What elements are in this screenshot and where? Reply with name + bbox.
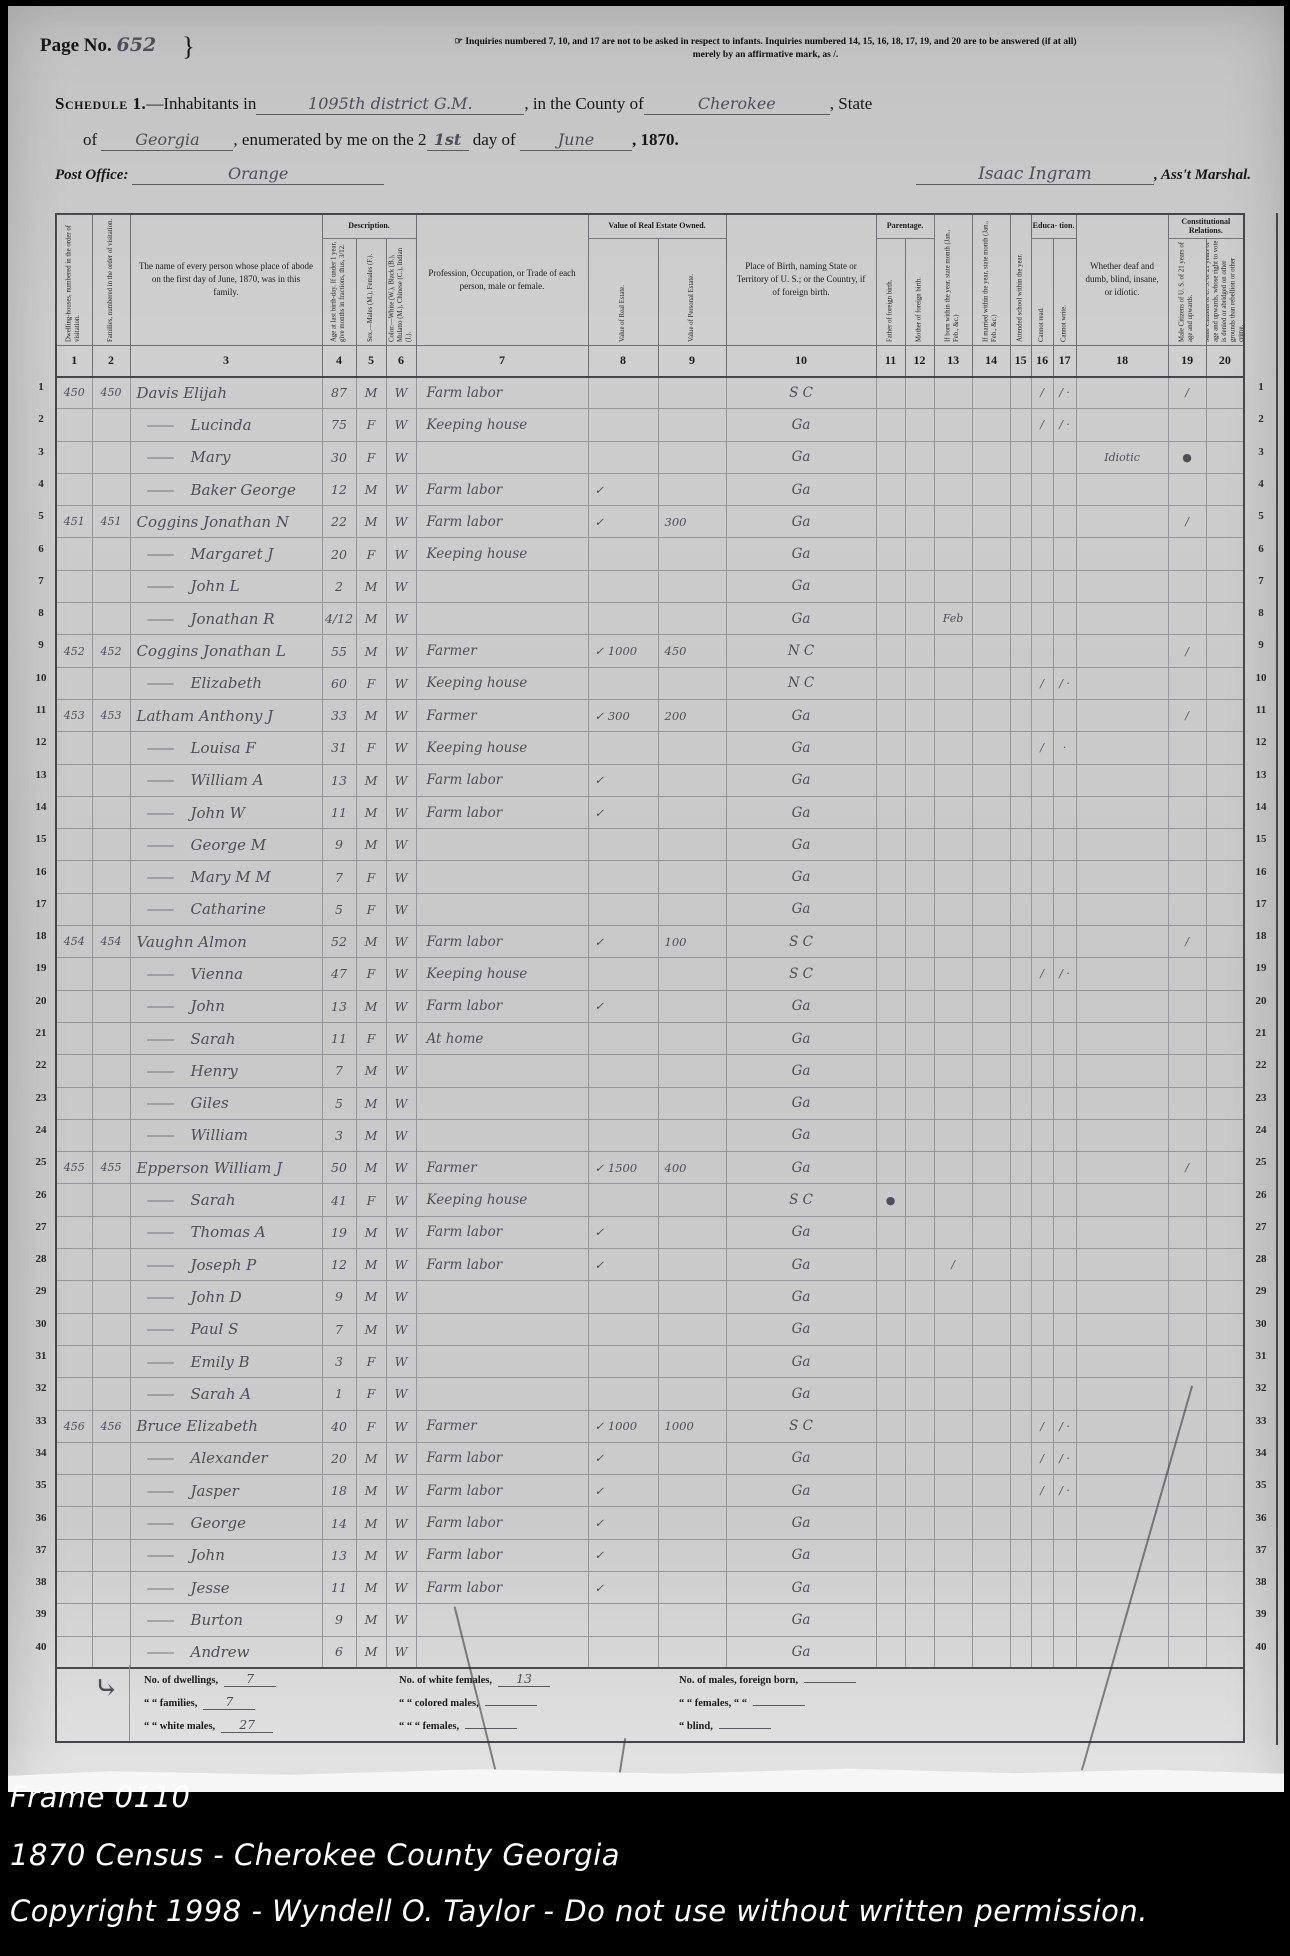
cell-school [1010, 1378, 1031, 1410]
cell-birthplace: Ga [726, 732, 876, 764]
cell-remarks [1076, 1055, 1168, 1087]
cell-vote-denied [1206, 1152, 1244, 1184]
cell-father-foreign [876, 958, 905, 990]
cell-age: 14 [322, 1507, 356, 1539]
table-row: ——Joseph P12MWFarm labor✓Ga/ [56, 1249, 1244, 1281]
cell-color: W [386, 1249, 416, 1281]
cell-cannot-read [1031, 796, 1053, 828]
cell-family-number [92, 1507, 130, 1539]
cell-citizen [1168, 893, 1206, 925]
cell-real-estate [588, 603, 658, 635]
cell-family-number: 454 [92, 926, 130, 958]
cell-real-estate [588, 1022, 658, 1054]
cell-color: W [386, 409, 416, 441]
cell-color: W [386, 1119, 416, 1151]
cell-married-month [972, 990, 1010, 1022]
group-header-constitutional: Constitutional Relations. [1168, 214, 1244, 238]
cell-school [1010, 1475, 1031, 1507]
cell-remarks [1076, 732, 1168, 764]
ditto-dash: —— [137, 545, 191, 563]
cell-real-estate [588, 1281, 658, 1313]
totals-families-label: “ “ families, [144, 1698, 197, 1709]
row-number: 34 [1250, 1447, 1272, 1459]
cell-family-number [92, 893, 130, 925]
cell-sex: F [356, 732, 386, 764]
cell-birthplace: Ga [726, 473, 876, 505]
cell-father-foreign [876, 893, 905, 925]
cell-real-estate [588, 1184, 658, 1216]
row-number: 40 [30, 1641, 52, 1653]
cell-personal-estate [658, 1313, 726, 1345]
cell-sex: M [356, 377, 386, 409]
row-number: 8 [30, 607, 52, 619]
table-row: ——Andrew6MWGa [56, 1636, 1244, 1668]
table-row: 450450Davis Elijah87MWFarm laborS C// ·/ [56, 377, 1244, 409]
cell-school [1010, 1087, 1031, 1119]
cell-father-foreign [876, 1216, 905, 1248]
cell-vote-denied [1206, 764, 1244, 796]
cell-color: W [386, 538, 416, 570]
cell-birth-month [934, 635, 972, 667]
cell-school [1010, 699, 1031, 731]
cell-color: W [386, 893, 416, 925]
cell-sex: M [356, 829, 386, 861]
row-number-gutter-right: 1234567891011121314151617181920212223242… [1250, 373, 1272, 1673]
cell-father-foreign [876, 1087, 905, 1119]
col-header-remarks: Whether deaf and dumb, blind, insane, or… [1076, 214, 1168, 345]
col-header-age: Age at last birth-day. If under 1 year, … [322, 238, 356, 345]
cell-cannot-write [1053, 1249, 1076, 1281]
notice-line1: ☞ Inquiries numbered 7, 10, and 17 are n… [273, 36, 1258, 49]
cell-mother-foreign [905, 1345, 934, 1377]
totals-white-females-value: 13 [498, 1671, 550, 1687]
cell-dwelling-number [56, 1636, 92, 1668]
cell-occupation [416, 1604, 588, 1636]
cell-personal-estate: 100 [658, 926, 726, 958]
cell-cannot-write: / · [1053, 409, 1076, 441]
cell-cannot-write [1053, 926, 1076, 958]
cell-personal-estate [658, 1022, 726, 1054]
ditto-dash: —— [137, 1482, 191, 1500]
year-label: , 1870. [632, 130, 679, 150]
row-number: 25 [1250, 1156, 1272, 1168]
cell-married-month [972, 603, 1010, 635]
ditto-dash: —— [137, 1449, 191, 1467]
table-row: 453453Latham Anthony J33MWFarmer✓ 300200… [56, 699, 1244, 731]
cell-real-estate: ✓ [588, 990, 658, 1022]
row-number: 10 [30, 672, 52, 684]
row-number: 3 [1250, 446, 1272, 458]
cell-cannot-read: / [1031, 732, 1053, 764]
cell-sex: M [356, 1281, 386, 1313]
cell-cannot-read [1031, 699, 1053, 731]
cell-school [1010, 796, 1031, 828]
table-row: 456456Bruce Elizabeth40FWFarmer✓ 1000100… [56, 1410, 1244, 1442]
col-header-color: Color.—White (W.), Black (B.), Mulatto (… [386, 238, 416, 345]
cell-mother-foreign [905, 1022, 934, 1054]
cell-age: 20 [322, 538, 356, 570]
cell-dwelling-number [56, 1604, 92, 1636]
cell-real-estate [588, 409, 658, 441]
cell-age: 87 [322, 377, 356, 409]
cell-age: 11 [322, 796, 356, 828]
row-number: 16 [30, 866, 52, 878]
ditto-dash: —— [137, 1030, 191, 1048]
row-number: 22 [1250, 1059, 1272, 1071]
cell-sex: M [356, 926, 386, 958]
cell-color: W [386, 958, 416, 990]
cell-school [1010, 1281, 1031, 1313]
cell-family-number [92, 732, 130, 764]
cell-name: ——Mary M M [130, 861, 322, 893]
cell-birthplace: Ga [726, 1507, 876, 1539]
cell-occupation [416, 1119, 588, 1151]
cell-cannot-write: / · [1053, 958, 1076, 990]
cell-name: Epperson William J [130, 1152, 322, 1184]
cell-personal-estate [658, 570, 726, 602]
cell-citizen [1168, 1184, 1206, 1216]
cell-father-foreign [876, 1281, 905, 1313]
cell-vote-denied [1206, 1410, 1244, 1442]
cell-personal-estate [658, 1345, 726, 1377]
cell-name: ——Andrew [130, 1636, 322, 1668]
table-row: ——John13MWFarm labor✓Ga [56, 990, 1244, 1022]
cell-sex: M [356, 1055, 386, 1087]
cell-occupation: Farmer [416, 1152, 588, 1184]
cell-married-month [972, 1345, 1010, 1377]
cell-age: 3 [322, 1345, 356, 1377]
cell-occupation: Keeping house [416, 958, 588, 990]
cell-cannot-write [1053, 1216, 1076, 1248]
cell-citizen [1168, 473, 1206, 505]
cell-family-number: 455 [92, 1152, 130, 1184]
enumeration-line: of Georgia , enumerated by me on the 2 1… [83, 130, 1243, 151]
cell-mother-foreign [905, 1281, 934, 1313]
column-number-row: 1 2 3 4 5 6 7 8 9 10 11 12 13 14 15 16 1 [56, 345, 1244, 377]
cell-mother-foreign [905, 1604, 934, 1636]
cell-personal-estate [658, 1539, 726, 1571]
cell-birth-month [934, 377, 972, 409]
row-number: 34 [30, 1447, 52, 1459]
cell-occupation: Farm labor [416, 1539, 588, 1571]
cell-remarks [1076, 538, 1168, 570]
cell-school [1010, 603, 1031, 635]
cell-personal-estate [658, 1119, 726, 1151]
cell-remarks [1076, 1152, 1168, 1184]
cell-dwelling-number [56, 732, 92, 764]
row-number: 33 [30, 1415, 52, 1427]
cell-cannot-read [1031, 1249, 1053, 1281]
cell-real-estate [588, 958, 658, 990]
cell-name: ——Sarah A [130, 1378, 322, 1410]
cell-vote-denied [1206, 1636, 1244, 1668]
row-number: 22 [30, 1059, 52, 1071]
cell-cannot-read [1031, 926, 1053, 958]
cell-birth-month [934, 1604, 972, 1636]
cell-real-estate: ✓ [588, 1249, 658, 1281]
cell-school [1010, 473, 1031, 505]
cell-personal-estate: 300 [658, 506, 726, 538]
stray-pen-mark: ⤷ [94, 1671, 119, 1706]
cell-color: W [386, 1571, 416, 1603]
cell-age: 12 [322, 473, 356, 505]
cell-cannot-write [1053, 1571, 1076, 1603]
cell-school [1010, 1507, 1031, 1539]
col-header-personal-estate: Value of Personal Estate. [658, 238, 726, 345]
cell-occupation: Farm labor [416, 764, 588, 796]
cell-cannot-read [1031, 473, 1053, 505]
cell-cannot-read: / [1031, 1442, 1053, 1474]
ditto-dash: —— [137, 997, 191, 1015]
cell-color: W [386, 1184, 416, 1216]
cell-vote-denied [1206, 1184, 1244, 1216]
row-number: 1 [30, 381, 52, 393]
cell-age: 11 [322, 1022, 356, 1054]
col-header-cannot-read: Cannot read. [1031, 238, 1053, 345]
cell-color: W [386, 990, 416, 1022]
row-number: 4 [30, 478, 52, 490]
cell-married-month [972, 1313, 1010, 1345]
cell-school [1010, 958, 1031, 990]
day-underline: 1st [427, 130, 469, 151]
cell-father-foreign: ● [876, 1184, 905, 1216]
cell-married-month [972, 538, 1010, 570]
ditto-dash: —— [137, 1611, 191, 1629]
col-header-occupation: Profession, Occupation, or Trade of each… [416, 214, 588, 345]
cell-color: W [386, 1152, 416, 1184]
cell-vote-denied [1206, 377, 1244, 409]
cell-birth-month [934, 829, 972, 861]
cell-name: Coggins Jonathan N [130, 506, 322, 538]
cell-family-number [92, 958, 130, 990]
cell-birthplace: Ga [726, 1249, 876, 1281]
table-outer-right-rule [1276, 213, 1278, 1745]
cell-vote-denied [1206, 958, 1244, 990]
cell-citizen [1168, 1345, 1206, 1377]
cell-father-foreign [876, 570, 905, 602]
table-row: 452452Coggins Jonathan L55MWFarmer✓ 1000… [56, 635, 1244, 667]
cell-mother-foreign [905, 1216, 934, 1248]
cell-citizen [1168, 1249, 1206, 1281]
cell-remarks [1076, 1249, 1168, 1281]
cell-family-number [92, 1604, 130, 1636]
cell-birthplace: Ga [726, 796, 876, 828]
cell-occupation: Farm labor [416, 506, 588, 538]
cell-family-number: 450 [92, 377, 130, 409]
cell-vote-denied [1206, 1055, 1244, 1087]
ditto-dash: —— [137, 1191, 191, 1209]
table-row: ——John W11MWFarm labor✓Ga [56, 796, 1244, 828]
cell-father-foreign [876, 506, 905, 538]
cell-father-foreign [876, 635, 905, 667]
cell-school [1010, 764, 1031, 796]
cell-father-foreign [876, 732, 905, 764]
cell-birth-month [934, 1055, 972, 1087]
cell-personal-estate [658, 1507, 726, 1539]
cell-personal-estate [658, 1087, 726, 1119]
cell-family-number [92, 1571, 130, 1603]
cell-name: ——Sarah [130, 1022, 322, 1054]
col-num-8: 8 [588, 345, 658, 377]
ditto-dash: —— [137, 804, 191, 822]
cell-father-foreign [876, 861, 905, 893]
cell-cannot-read [1031, 1636, 1053, 1668]
cell-cannot-read: / [1031, 377, 1053, 409]
cell-cannot-write [1053, 764, 1076, 796]
cell-citizen [1168, 796, 1206, 828]
cell-birthplace: S C [726, 1410, 876, 1442]
table-row: ——Jonathan R4/12MWGaFeb [56, 603, 1244, 635]
cell-color: W [386, 699, 416, 731]
row-number: 19 [30, 962, 52, 974]
cell-name: ——Giles [130, 1087, 322, 1119]
post-office-line: Post Office: Orange Isaac Ingram , Ass't… [55, 164, 1251, 185]
cell-personal-estate: 200 [658, 699, 726, 731]
cell-real-estate [588, 829, 658, 861]
cell-real-estate: ✓ [588, 764, 658, 796]
cell-remarks [1076, 1022, 1168, 1054]
cell-cannot-write [1053, 1022, 1076, 1054]
cell-real-estate [588, 732, 658, 764]
cell-occupation: Farm labor [416, 1249, 588, 1281]
cell-dwelling-number [56, 1119, 92, 1151]
cell-birthplace: Ga [726, 990, 876, 1022]
cell-dwelling-number: 450 [56, 377, 92, 409]
cell-remarks [1076, 764, 1168, 796]
cell-remarks [1076, 990, 1168, 1022]
film-edge [8, 1766, 1284, 1792]
cell-vote-denied [1206, 1539, 1244, 1571]
cell-age: 9 [322, 1281, 356, 1313]
table-row: ——Jesse11MWFarm labor✓Ga [56, 1571, 1244, 1603]
cell-citizen [1168, 764, 1206, 796]
col-num-12: 12 [905, 345, 934, 377]
cell-married-month [972, 958, 1010, 990]
cell-sex: M [356, 1507, 386, 1539]
cell-mother-foreign [905, 1539, 934, 1571]
cell-mother-foreign [905, 635, 934, 667]
cell-birthplace: Ga [726, 570, 876, 602]
cell-occupation [416, 1345, 588, 1377]
cell-birthplace: S C [726, 958, 876, 990]
cell-married-month [972, 893, 1010, 925]
cell-family-number [92, 570, 130, 602]
cell-sex: M [356, 1313, 386, 1345]
cell-family-number: 452 [92, 635, 130, 667]
cell-color: W [386, 764, 416, 796]
cell-sex: M [356, 1249, 386, 1281]
cell-mother-foreign [905, 764, 934, 796]
cell-vote-denied [1206, 1571, 1244, 1603]
cell-personal-estate [658, 1475, 726, 1507]
cell-mother-foreign [905, 377, 934, 409]
cell-birth-month [934, 861, 972, 893]
cell-school [1010, 1604, 1031, 1636]
cell-sex: M [356, 570, 386, 602]
col-header-citizen: Male Citizens of U. S. of 21 years of ag… [1168, 238, 1206, 345]
cell-family-number [92, 1087, 130, 1119]
cell-name: ——Jesse [130, 1571, 322, 1603]
state-suffix: , State [830, 94, 873, 114]
cell-personal-estate [658, 732, 726, 764]
cell-school [1010, 829, 1031, 861]
row-number: 17 [1250, 898, 1272, 910]
cell-cannot-write: · [1053, 732, 1076, 764]
table-row: ——Henry7MWGa [56, 1055, 1244, 1087]
cell-mother-foreign [905, 1410, 934, 1442]
cell-color: W [386, 377, 416, 409]
cell-vote-denied [1206, 1345, 1244, 1377]
cell-cannot-write [1053, 1087, 1076, 1119]
cell-color: W [386, 441, 416, 473]
row-number: 27 [30, 1221, 52, 1233]
cell-cannot-write [1053, 893, 1076, 925]
cell-dwelling-number: 456 [56, 1410, 92, 1442]
cell-dwelling-number [56, 1313, 92, 1345]
cell-citizen [1168, 1571, 1206, 1603]
cell-mother-foreign [905, 861, 934, 893]
cell-father-foreign [876, 764, 905, 796]
cell-remarks [1076, 1184, 1168, 1216]
totals-line-3: “ “ white males,27 “ “ “ females, “ blin… [144, 1717, 1243, 1740]
cell-birthplace: Ga [726, 1152, 876, 1184]
cell-sex: M [356, 990, 386, 1022]
row-number: 26 [1250, 1189, 1272, 1201]
cell-school [1010, 1055, 1031, 1087]
ditto-dash: —— [137, 1288, 191, 1306]
row-number: 31 [30, 1350, 52, 1362]
cell-married-month [972, 1636, 1010, 1668]
cell-real-estate: ✓ [588, 1216, 658, 1248]
cell-color: W [386, 1604, 416, 1636]
cell-citizen [1168, 829, 1206, 861]
table-row: ——William3MWGa [56, 1119, 1244, 1151]
row-number: 38 [1250, 1576, 1272, 1588]
ditto-dash: —— [137, 1353, 191, 1371]
cell-color: W [386, 1539, 416, 1571]
ditto-dash: —— [137, 771, 191, 789]
cell-name: ——Elizabeth [130, 667, 322, 699]
cell-cannot-read [1031, 1022, 1053, 1054]
cell-age: 2 [322, 570, 356, 602]
frame-caption: Frame 0110 [10, 1780, 191, 1814]
cell-real-estate: ✓ [588, 1539, 658, 1571]
table-row: 451451Coggins Jonathan N22MWFarm labor✓3… [56, 506, 1244, 538]
cell-personal-estate [658, 893, 726, 925]
table-row: ——Thomas A19MWFarm labor✓Ga [56, 1216, 1244, 1248]
cell-cannot-read [1031, 1119, 1053, 1151]
ditto-dash: —— [137, 836, 191, 854]
cell-married-month [972, 1410, 1010, 1442]
cell-sex: M [356, 764, 386, 796]
ditto-dash: —— [137, 1579, 191, 1597]
cell-family-number: 453 [92, 699, 130, 731]
cell-color: W [386, 667, 416, 699]
schedule-label: Schedule 1. [55, 94, 146, 114]
cell-mother-foreign [905, 1378, 934, 1410]
totals-dwellings-label: No. of dwellings, [144, 1675, 218, 1686]
cell-color: W [386, 1087, 416, 1119]
row-number: 10 [1250, 672, 1272, 684]
cell-family-number: 451 [92, 506, 130, 538]
table-row: ——Paul S7MWGa [56, 1313, 1244, 1345]
cell-vote-denied [1206, 1216, 1244, 1248]
cell-married-month [972, 1216, 1010, 1248]
cell-cannot-write [1053, 506, 1076, 538]
cell-dwelling-number: 452 [56, 635, 92, 667]
cell-father-foreign [876, 796, 905, 828]
row-number: 29 [1250, 1285, 1272, 1297]
